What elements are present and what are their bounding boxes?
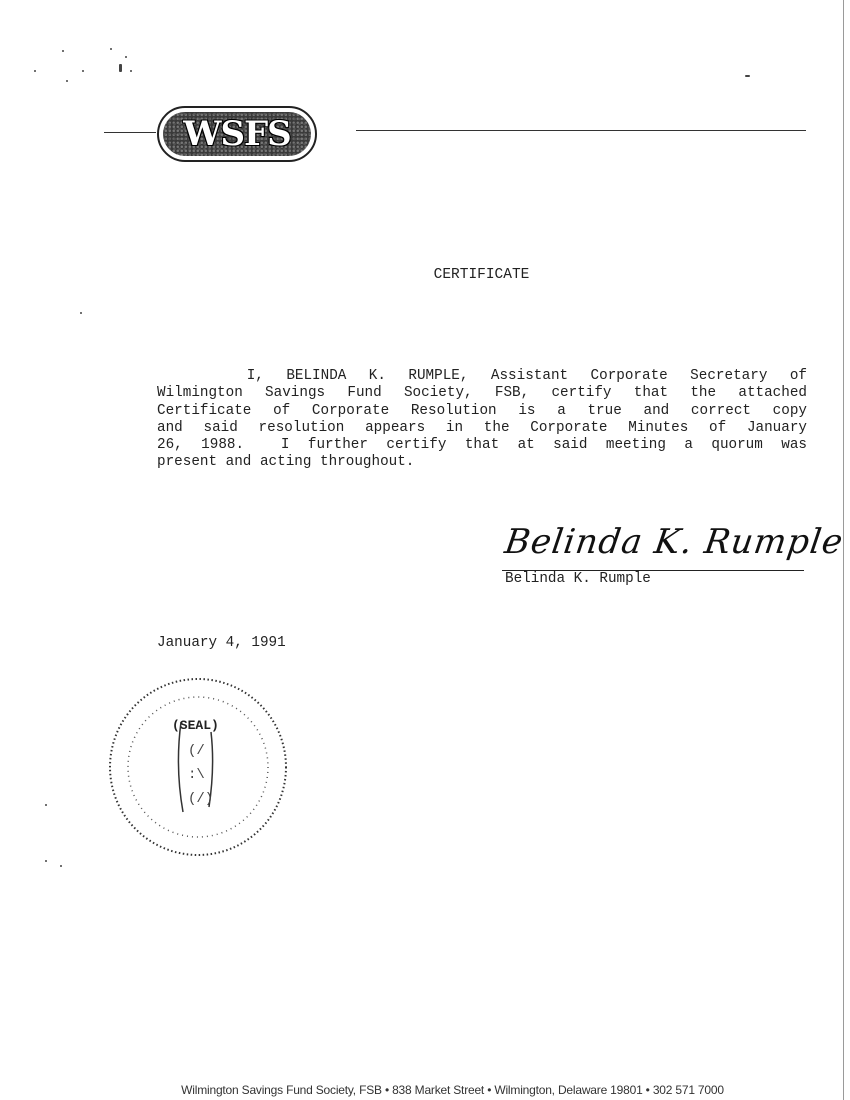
scan-speck xyxy=(66,80,68,82)
wsfs-logo: WSFS xyxy=(157,106,317,162)
logo-text: WSFS xyxy=(183,114,290,154)
scan-speck xyxy=(125,56,127,58)
document-date: January 4, 1991 xyxy=(157,635,286,651)
scan-speck xyxy=(62,50,64,52)
scan-speck xyxy=(34,70,36,72)
body-line: present and acting throughout. xyxy=(157,454,807,471)
document-title: CERTIFICATE xyxy=(0,267,850,283)
letterhead-footer: Wilmington Savings Fund Society, FSB • 8… xyxy=(0,1083,850,1097)
certificate-body: I, BELINDA K. RUMPLE, Assistant Corporat… xyxy=(157,368,807,472)
document-page: WSFS CERTIFICATE I, BELINDA K. RUMPLE, A… xyxy=(0,0,850,1100)
signatory-name: Belinda K. Rumple xyxy=(505,571,651,587)
scan-speck xyxy=(45,860,47,862)
scan-speck xyxy=(110,48,112,50)
svg-text:(/: (/ xyxy=(188,743,205,759)
scan-speck xyxy=(60,865,62,867)
scan-speck xyxy=(130,70,132,72)
svg-text:(/): (/) xyxy=(188,791,213,807)
scan-speck xyxy=(119,64,122,72)
scan-speck xyxy=(80,312,82,314)
body-line: I, BELINDA K. RUMPLE, Assistant Corporat… xyxy=(157,368,807,385)
scan-speck xyxy=(82,70,84,72)
body-line: 26, 1988. I further certify that at said… xyxy=(157,437,807,454)
body-line: and said resolution appears in the Corpo… xyxy=(157,420,807,437)
page-edge-line xyxy=(843,0,844,1100)
handwritten-signature: Belinda K. Rumple xyxy=(502,522,846,562)
scan-speck xyxy=(45,804,47,806)
seal-label: (SEAL) xyxy=(172,718,219,733)
body-line: Certificate of Corporate Resolution is a… xyxy=(157,403,807,420)
header-rule-right xyxy=(356,130,806,131)
body-line: Wilmington Savings Fund Society, FSB, ce… xyxy=(157,385,807,402)
corporate-seal-icon: (/ :\ (/) xyxy=(103,672,293,862)
header-rule-left xyxy=(104,132,156,133)
svg-text::\: :\ xyxy=(188,767,205,783)
scan-speck xyxy=(745,75,750,77)
